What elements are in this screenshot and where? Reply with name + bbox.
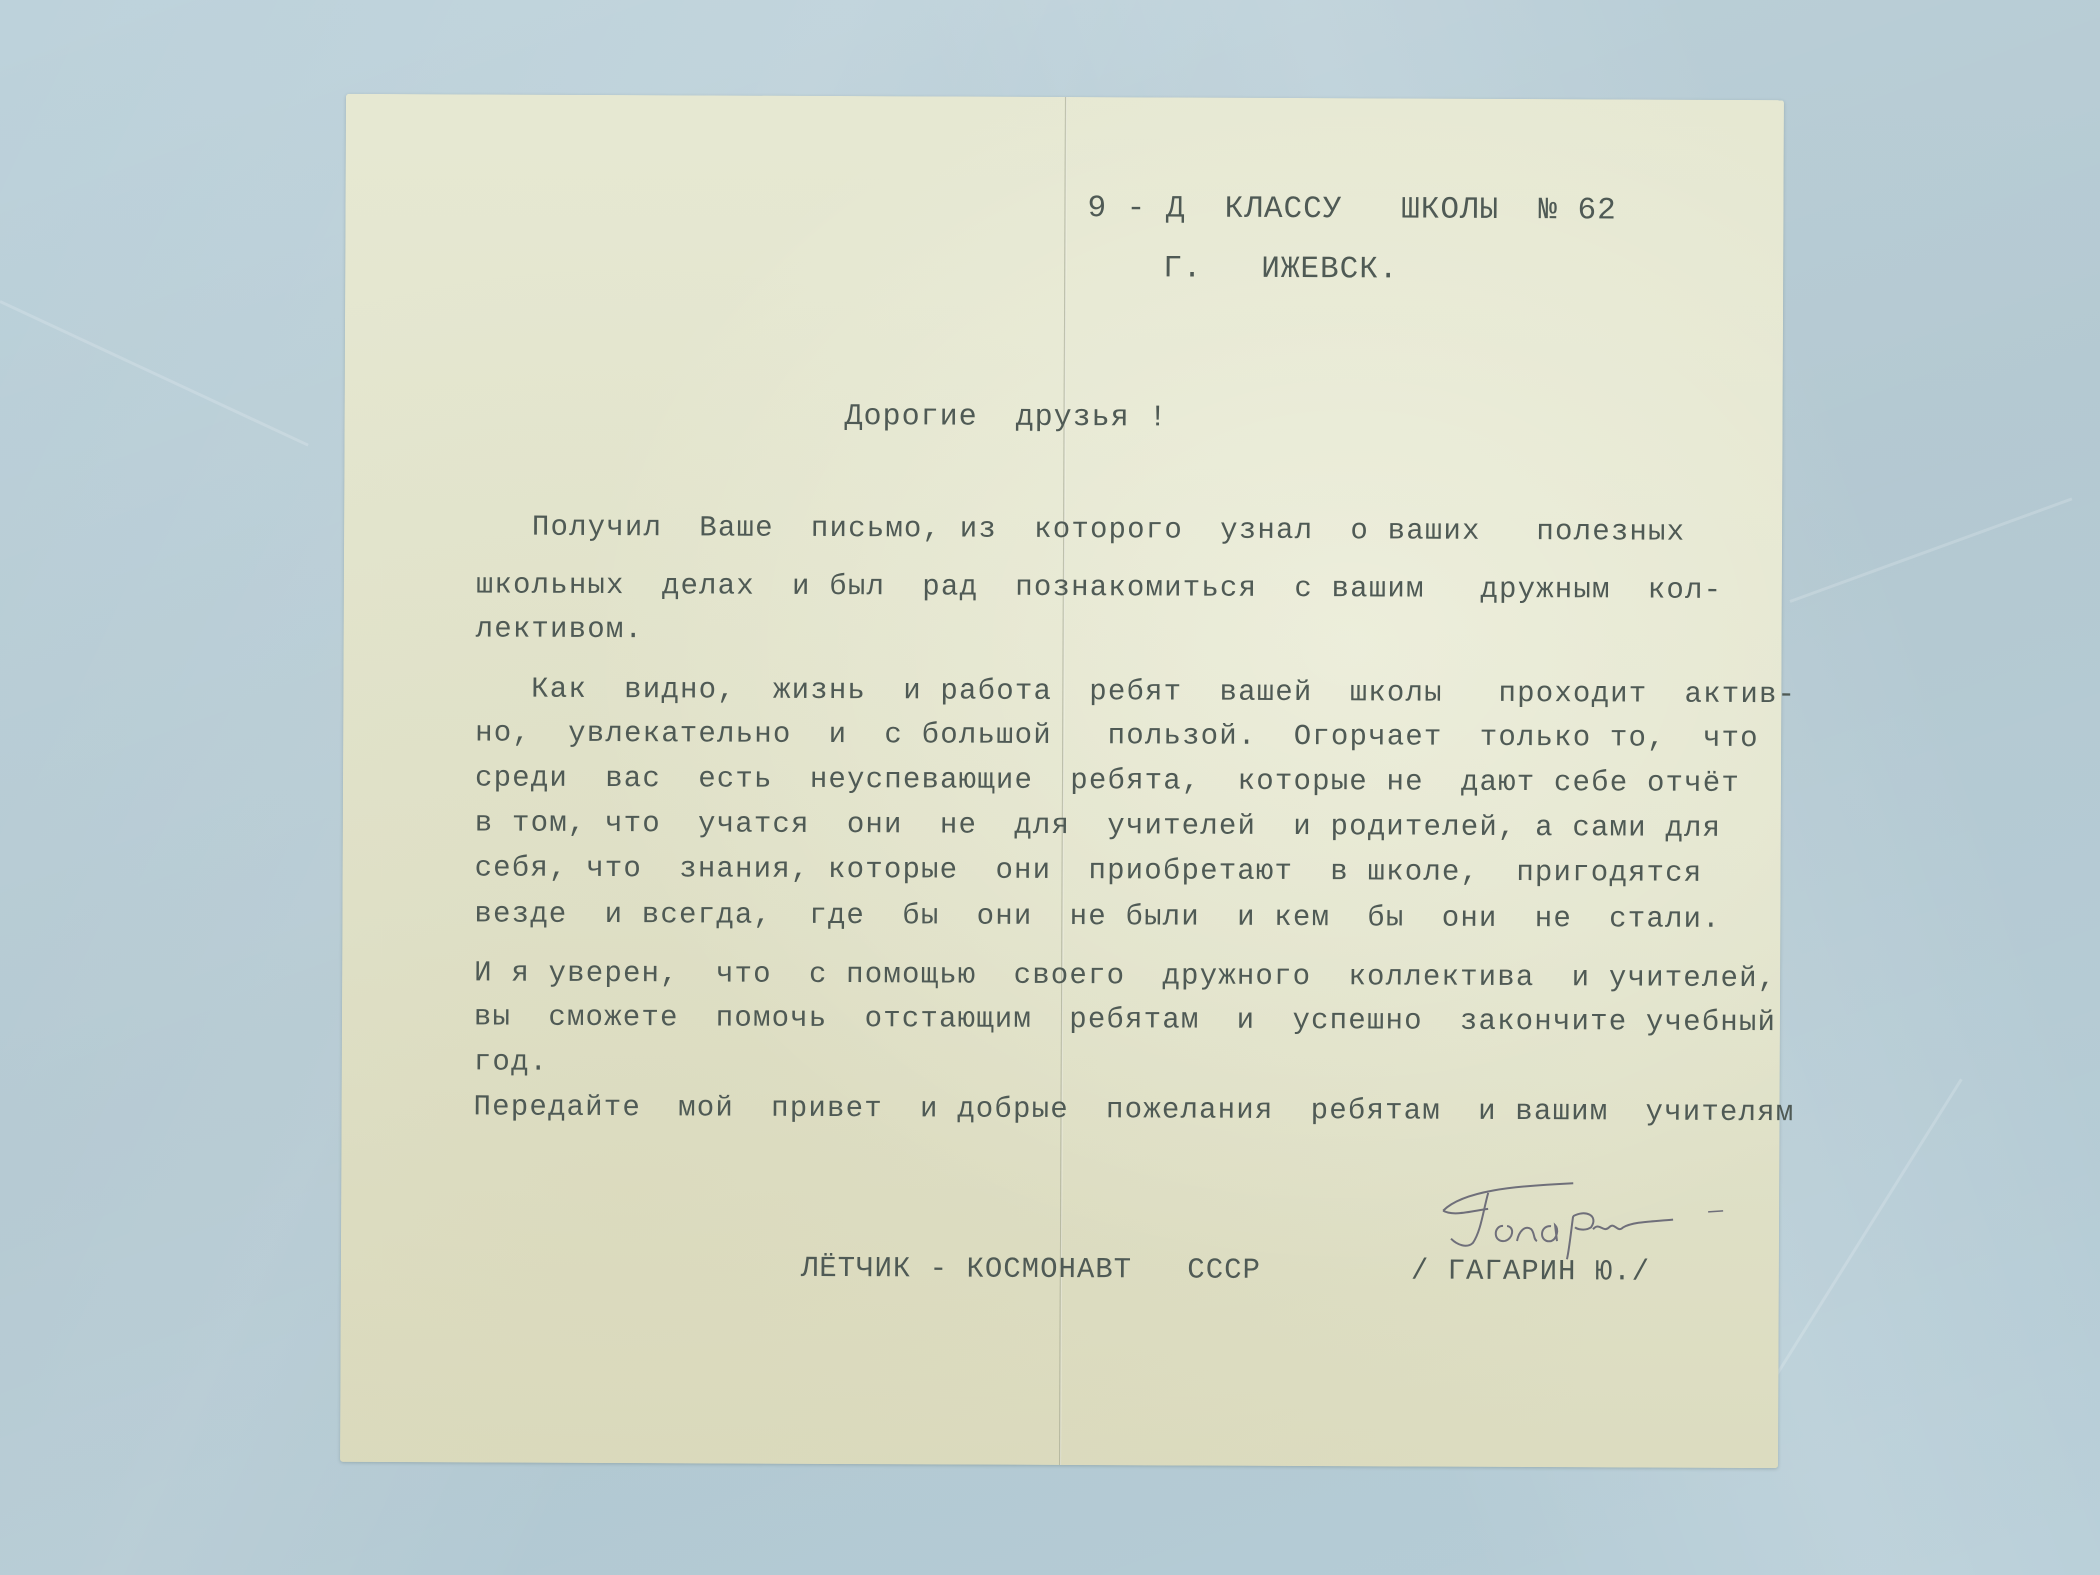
paragraph-2-line-3: среди вас есть неуспевающие ребята, кото… bbox=[475, 763, 1775, 798]
paragraph-2-line-5: себя, что знания, которые они приобретаю… bbox=[475, 853, 1775, 888]
paragraph-4-line-1: Передайте мой привет и добрые пожелания … bbox=[474, 1092, 1774, 1127]
address-line-2: Г. ИЖЕВСК. bbox=[1163, 253, 1398, 285]
handwritten-signature bbox=[1433, 1181, 1733, 1262]
paragraph-1-line-3: лективом. bbox=[476, 614, 1776, 649]
backdrop-crease bbox=[1789, 497, 2072, 602]
paragraph-2-line-4: в том, что учатся они не для учителей и … bbox=[475, 808, 1775, 843]
paragraph-3-line-2: вы сможете помочь отстающим ребятам и ус… bbox=[474, 1002, 1774, 1037]
address-line-1: 9 - Д КЛАССУ ШКОЛЫ № 62 bbox=[1087, 193, 1616, 226]
signature-name: / ГАГАРИН Ю./ bbox=[1411, 1257, 1650, 1287]
paragraph-3-line-1: И я уверен, что с помощью своего дружног… bbox=[474, 958, 1774, 993]
letter-paper: 9 - Д КЛАССУ ШКОЛЫ № 62 Г. ИЖЕВСК. Дорог… bbox=[340, 94, 1784, 1468]
paragraph-1-line-2: школьных делах и был рад познакомиться с… bbox=[476, 570, 1776, 605]
greeting: Дорогие друзья ! bbox=[845, 402, 1168, 433]
signature-title: ЛЁТЧИК - КОСМОНАВТ СССР bbox=[801, 1254, 1261, 1285]
paragraph-2-line-2: но, увлекательно и с большой пользой. Ог… bbox=[475, 718, 1775, 753]
paragraph-1-line-1: Получил Ваше письмо, из которого узнал о… bbox=[476, 512, 1776, 547]
paragraph-2-line-6: везде и всегда, где бы они не были и кем… bbox=[474, 899, 1774, 934]
paragraph-2-line-1: Как видно, жизнь и работа ребят вашей шк… bbox=[475, 674, 1775, 709]
paragraph-3-line-3: год. bbox=[474, 1047, 1774, 1082]
backdrop-crease bbox=[0, 300, 309, 446]
